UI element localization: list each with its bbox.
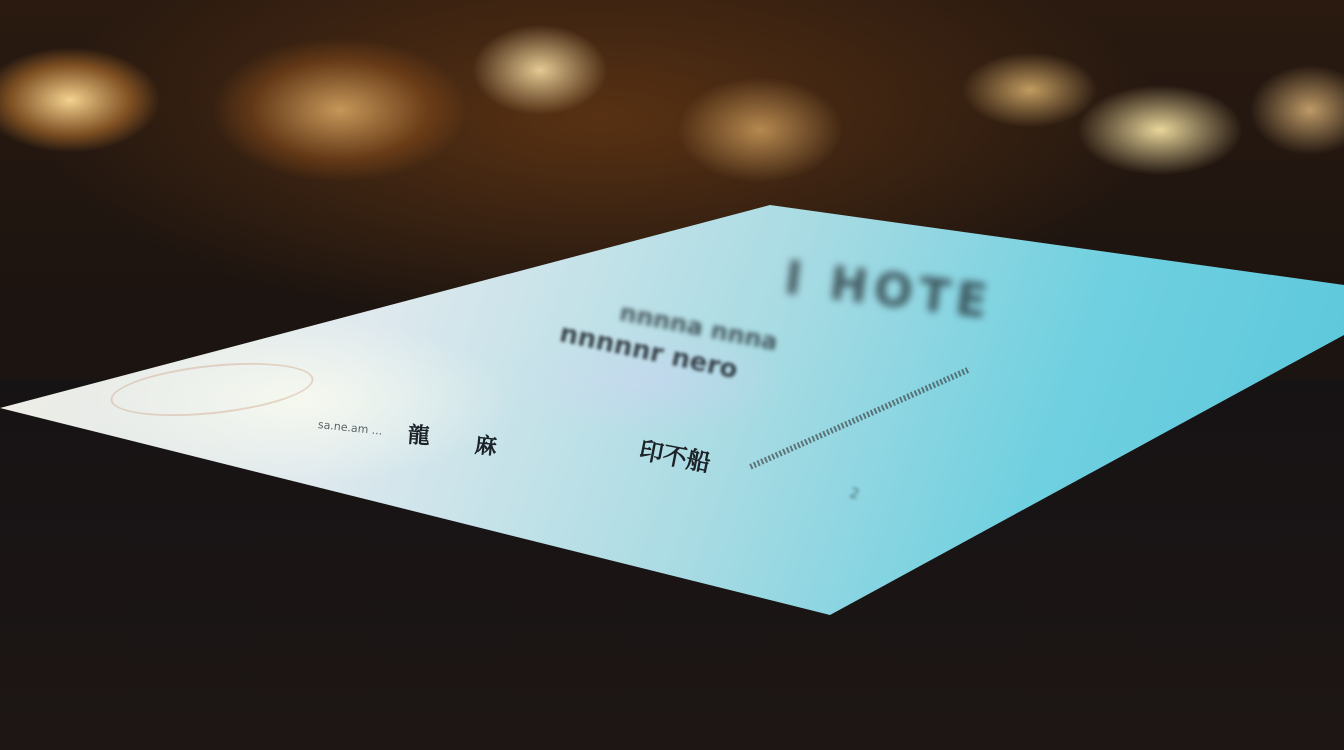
card-glyph-1: 龍 <box>407 418 431 450</box>
card-glyph-2: 麻 <box>473 428 498 461</box>
